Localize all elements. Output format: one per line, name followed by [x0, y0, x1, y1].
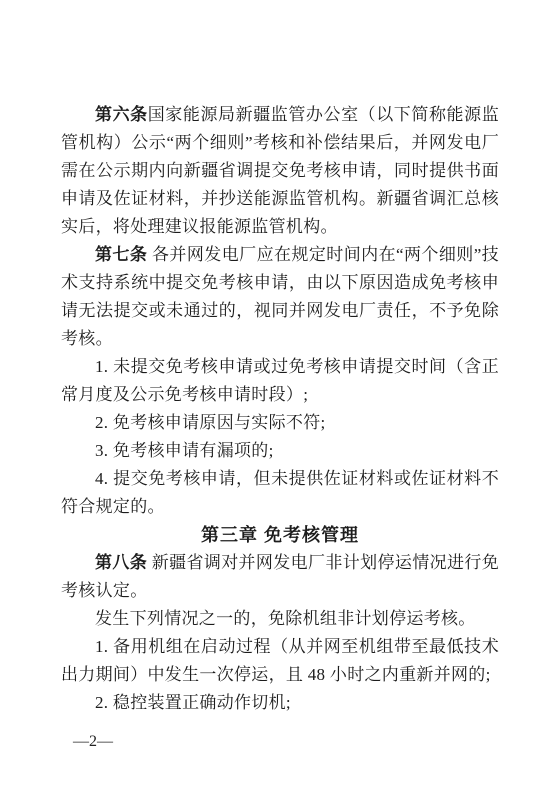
paragraph: 2. 免考核申请原因与实际不符; — [61, 409, 499, 437]
paragraph: 第六条国家能源局新疆监管办公室（以下简称能源监管机构）公示“两个细则”考核和补偿… — [61, 101, 499, 241]
paragraph: 3. 免考核申请有漏项的; — [61, 437, 499, 465]
paragraph: 2. 稳控装置正确动作切机; — [61, 689, 499, 717]
chapter-heading: 第三章 免考核管理 — [61, 521, 499, 549]
document-body: 第六条国家能源局新疆监管办公室（以下简称能源监管机构）公示“两个细则”考核和补偿… — [61, 101, 499, 717]
paragraph: 4. 提交免考核申请，但未提供佐证材料或佐证材料不符合规定的。 — [61, 465, 499, 521]
document-page: 第六条国家能源局新疆监管办公室（以下简称能源监管机构）公示“两个细则”考核和补偿… — [0, 0, 560, 791]
paragraph: 1. 未提交免考核申请或过免考核申请提交时间（含正常月度及公示免考核申请时段）; — [61, 353, 499, 409]
article-number: 第七条 — [95, 245, 147, 264]
paragraph: 第七条 各并网发电厂应在规定时间内在“两个细则”技术支持系统中提交免考核申请，由… — [61, 241, 499, 353]
paragraph: 1. 备用机组在启动过程（从并网至机组带至最低技术出力期间）中发生一次停运，且 … — [61, 633, 499, 689]
article-number: 第八条 — [95, 553, 147, 572]
page-number: —2— — [73, 731, 113, 753]
paragraph: 发生下列情况之一的，免除机组非计划停运考核。 — [61, 605, 499, 633]
paragraph: 第八条 新疆省调对并网发电厂非计划停运情况进行免考核认定。 — [61, 549, 499, 605]
article-number: 第六条 — [95, 105, 148, 124]
